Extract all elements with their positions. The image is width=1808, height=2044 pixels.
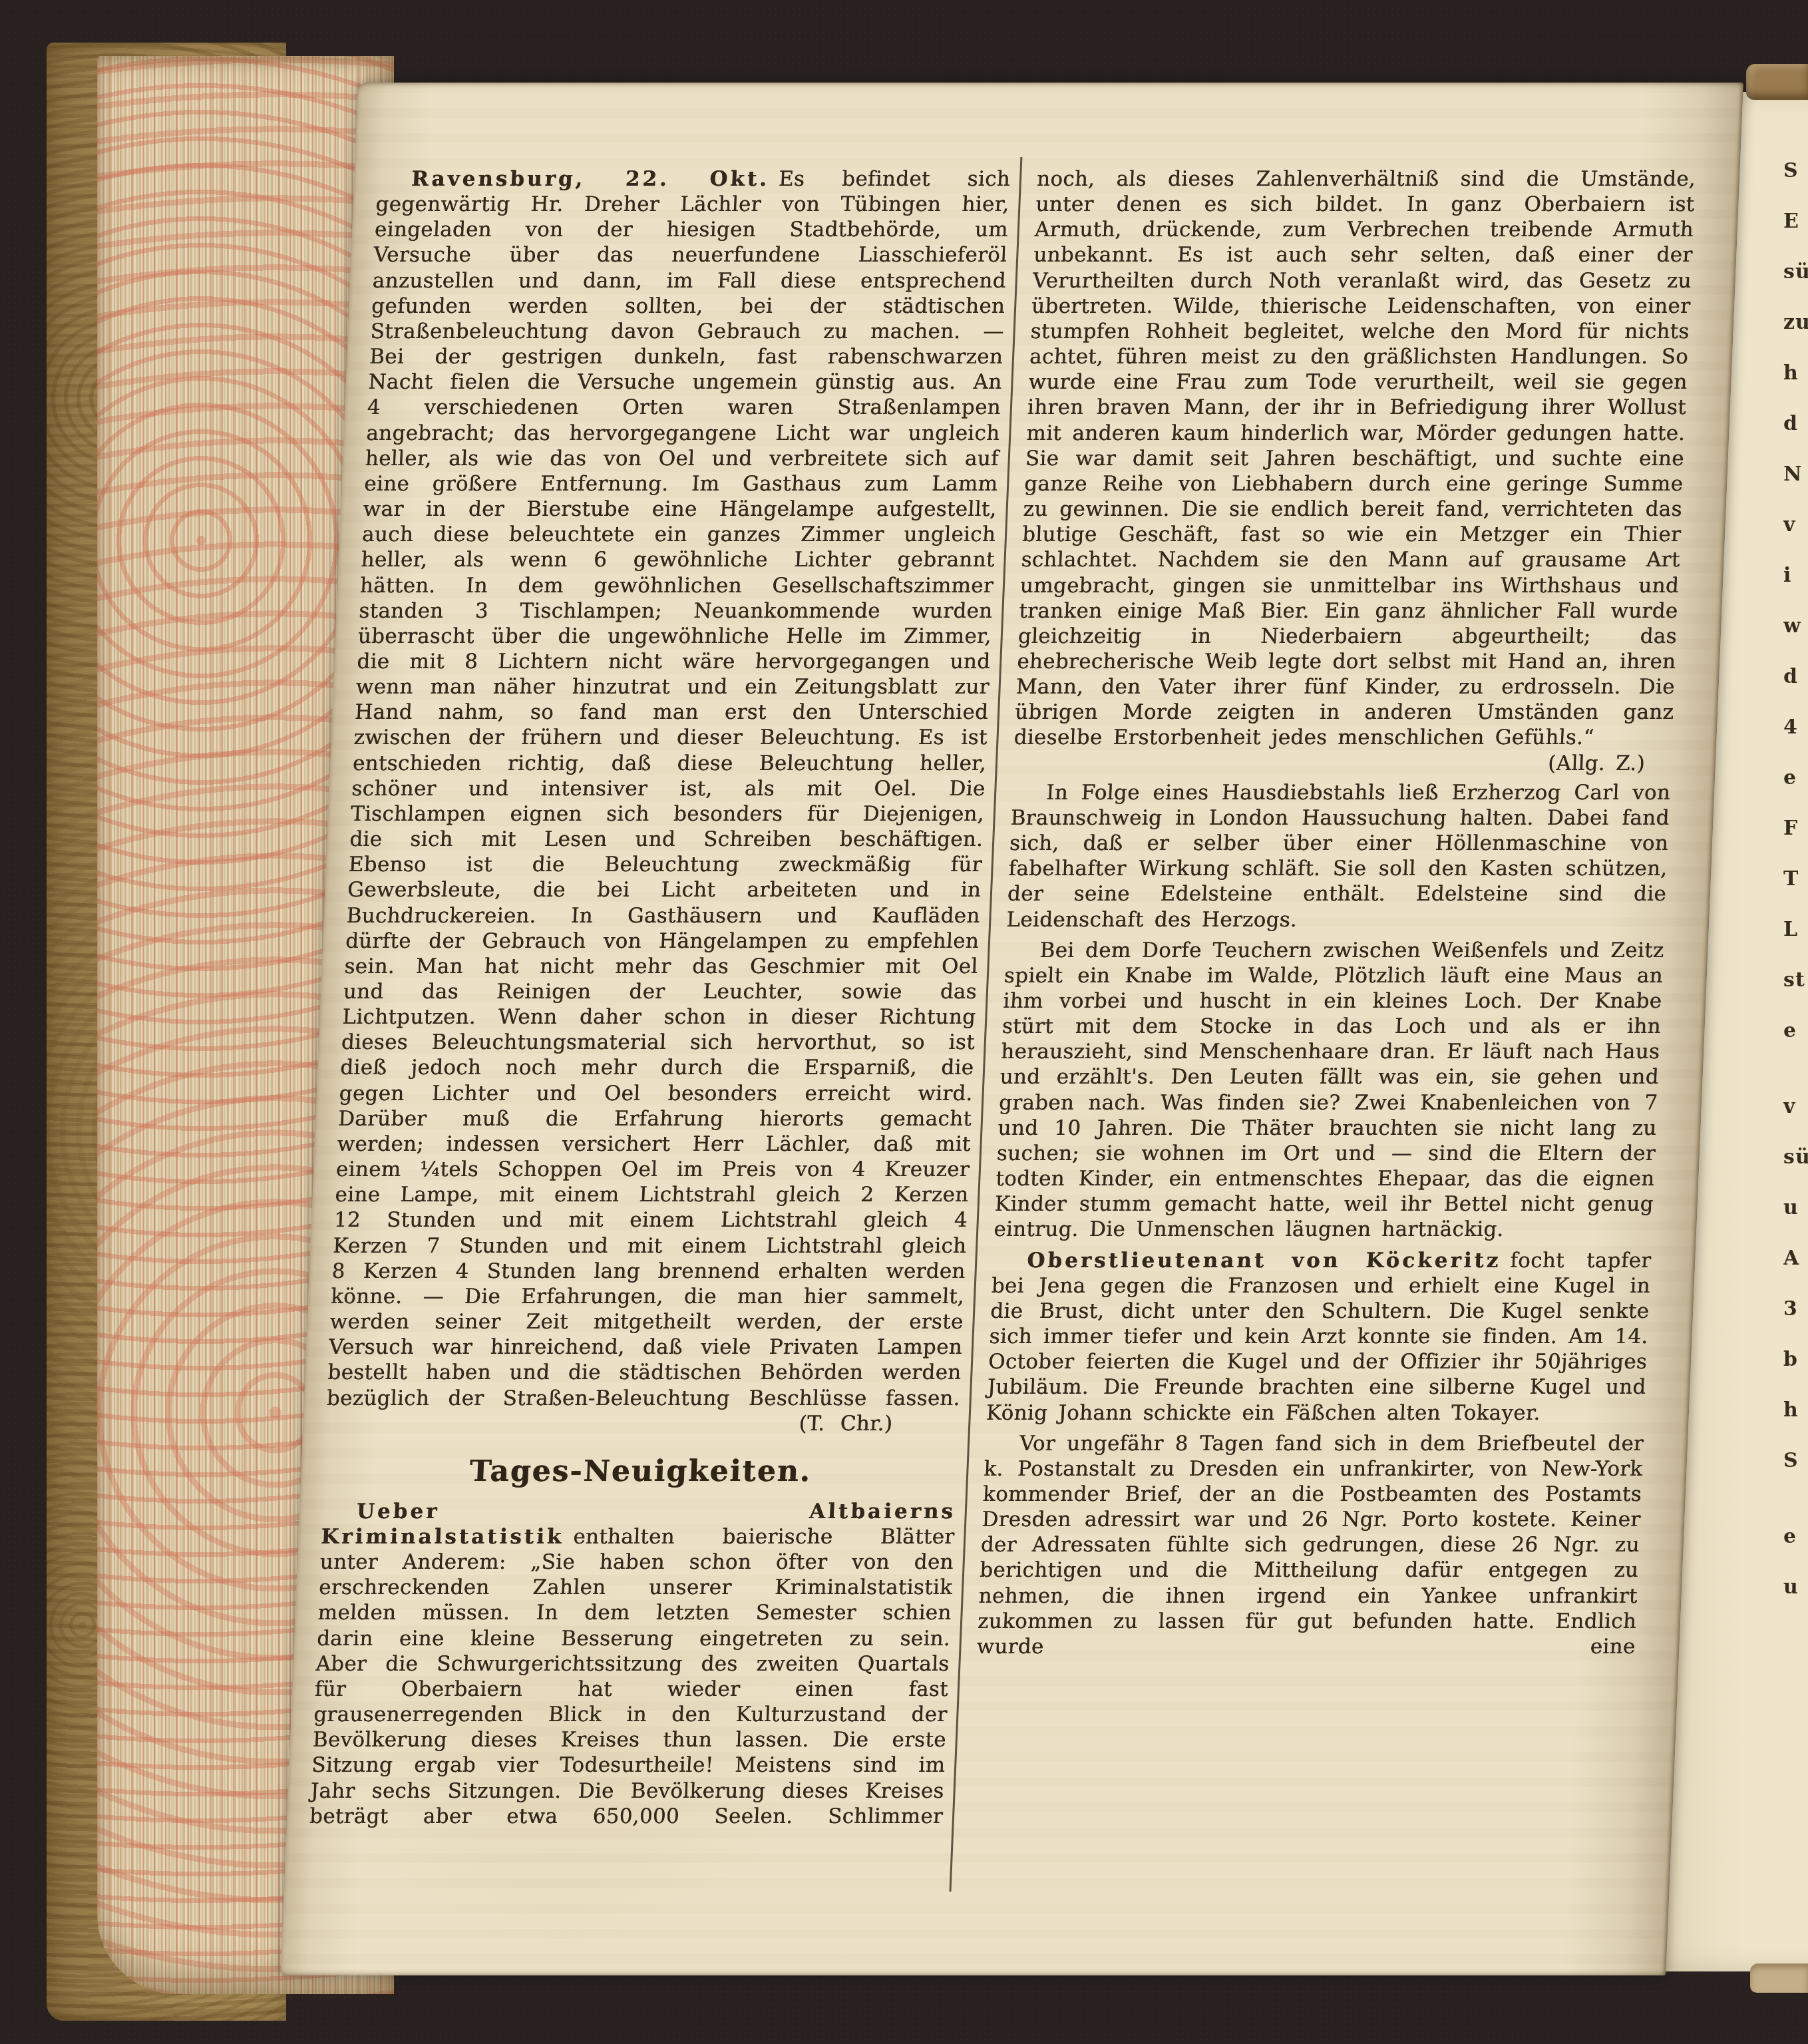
section-heading: Tages-Neuigkeiten. [323,1452,958,1491]
next-page-edge-letter: u [1783,1577,1799,1597]
article-ravensburg-body: Es befindet sich gegenwärtig Hr. Dreher … [326,167,1011,1410]
para-briefbeutel-body: Vor ungefähr 8 Tagen fand sich in dem Br… [976,1432,1644,1659]
para-continuation-body: noch, als dieses Zahlenverhältniß sind d… [1013,167,1696,749]
para-koeckeritz-lead: Oberstlieutenant von Köckeritz [1027,1249,1511,1273]
para-continuation: noch, als dieses Zahlenverhältniß sind d… [1013,166,1696,751]
next-page-edge-letter: e [1783,1527,1797,1547]
article-ravensburg: Ravensburg, 22. Okt.Es befindet sich geg… [326,166,1011,1411]
next-page-edge-letter: E [1783,212,1799,232]
next-page-edge-letter: w [1783,616,1801,636]
next-page-edge-letter: L [1783,920,1798,940]
para-koeckeritz: Oberstlieutenant von Köckeritzfocht tapf… [986,1248,1652,1426]
next-page-edge-letter: v [1783,515,1795,535]
next-page-edge-letter: A [1783,1249,1799,1269]
para-hausdiebstahl-body: In Folge eines Hausdiebstahls ließ Erzhe… [1006,781,1671,932]
article-kriminalstatistik-body: enthalten baierische Blätter unter Ander… [309,1525,955,1828]
next-page-edge-letter: S [1783,1451,1799,1471]
next-page-edge-letter: sü [1783,1147,1808,1167]
para-hausdiebstahl: In Folge eines Hausdiebstahls ließ Erzhe… [1006,780,1671,932]
para-koeckeritz-body: focht tapfer bei Jena gegen die Franzose… [986,1249,1652,1425]
next-page-edge-letter: T [1783,869,1799,889]
para-continuation-signature: (Allg. Z.) [1012,751,1672,776]
next-page-edge-letter: 4 [1783,717,1798,737]
next-page-edge-letter: d [1783,667,1798,687]
next-page-edge-letter: d [1783,414,1798,434]
next-page-edge-letter: st [1783,970,1805,990]
tailband [1750,1963,1808,1993]
book-scan: SEsüzuhdNviwd4eFTLstevsüuA3bhSeu Ravensb… [0,0,1808,2044]
next-page-edge-letter: h [1783,363,1799,383]
next-page-edge-letter: N [1783,465,1802,485]
next-page-edge-letter: zu [1783,313,1808,333]
article-kriminalstatistik: Ueber Altbaierns Kriminalstatistikenthal… [309,1499,956,1829]
next-page-edge-letter: S [1783,161,1799,181]
next-page-edge-letter: sü [1783,262,1808,282]
next-page-edge-letter: u [1783,1198,1799,1218]
para-teuchern: Bei dem Dorfe Teuchern zwischen Weißenfe… [993,938,1664,1243]
headband [1746,64,1808,100]
next-page-edge-fragments: SEsüzuhdNviwd4eFTLstevsüuA3bhSeu [1783,92,1808,1971]
next-page-edge-letter: b [1783,1350,1798,1370]
next-page-edge-letter: 3 [1783,1299,1798,1319]
next-page-edge-letter: e [1783,1021,1797,1041]
para-briefbeutel: Vor ungefähr 8 Tagen fand sich in dem Br… [976,1431,1644,1659]
article-ravensburg-signature: (T. Chr.) [325,1411,960,1436]
next-page-edge-letter: i [1783,566,1791,586]
next-page-edge-letter: F [1783,819,1798,839]
open-page: Ravensburg, 22. Okt.Es befindet sich geg… [280,83,1743,1975]
para-teuchern-body: Bei dem Dorfe Teuchern zwischen Weißenfe… [994,938,1665,1242]
next-page-edge-letter: h [1783,1400,1799,1420]
left-column: Ravensburg, 22. Okt.Es befindet sich geg… [309,166,1011,1829]
next-page-edge-letter: v [1783,1097,1795,1117]
right-column: noch, als dieses Zahlenverhältniß sind d… [976,166,1696,1659]
article-ravensburg-dateline: Ravensburg, 22. Okt. [411,167,779,191]
next-page-edge-letter: e [1783,768,1797,788]
